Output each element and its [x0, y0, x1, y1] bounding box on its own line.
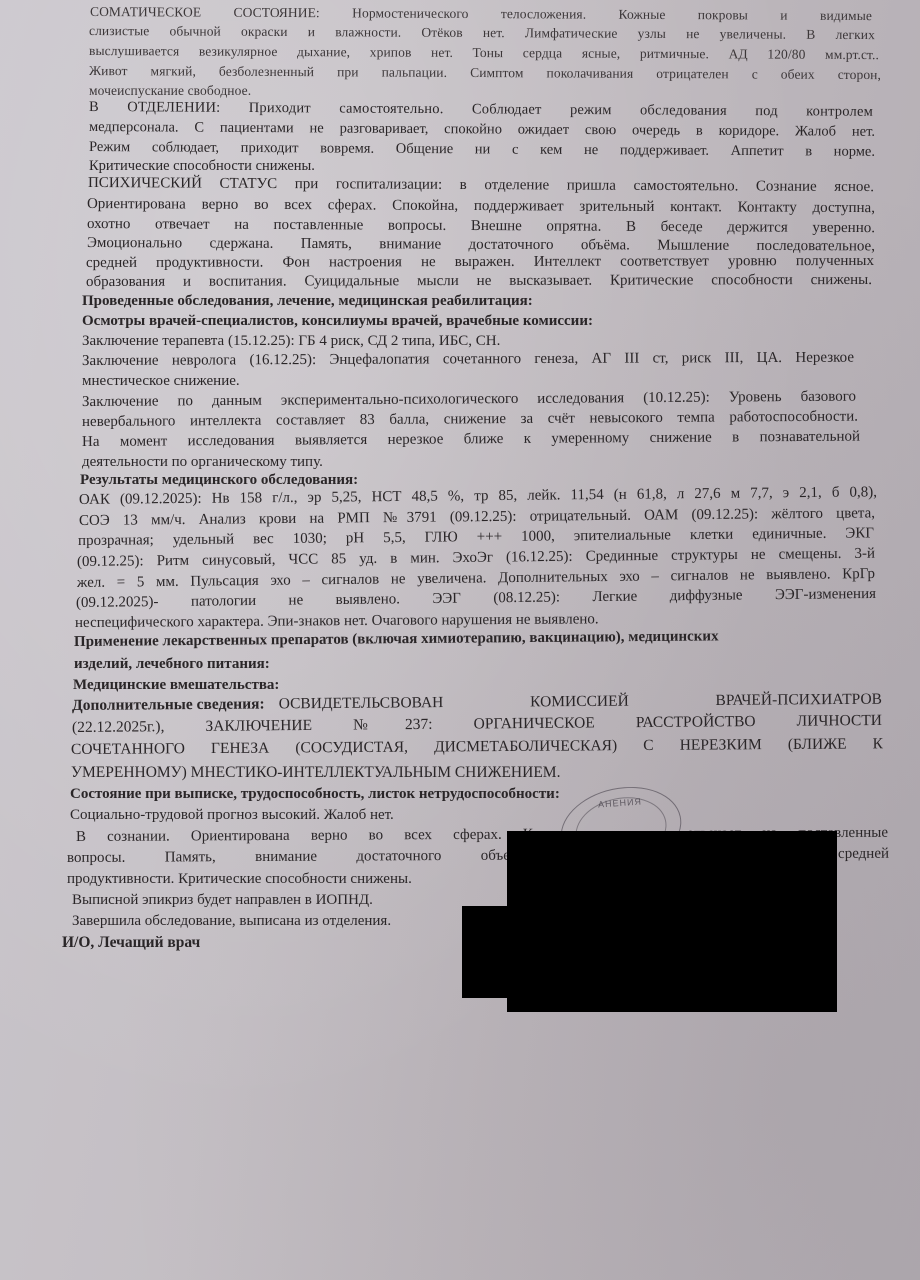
mental-status-line: средней продуктивности. Фон настроения н…	[86, 252, 874, 272]
somatic-line: выслушивается везикулярное дыхание, хрип…	[89, 42, 879, 64]
somatic-line: слизистые обычной окраски и влажности. О…	[89, 22, 875, 44]
somatic-line: Живот мягкий, безболезненный при пальпац…	[89, 62, 881, 84]
results-heading: Результаты медицинского обследования:	[80, 471, 358, 489]
additional-info-line: СОЧЕТАННОГО ГЕНЕЗА (СОСУДИСТАЯ, ДИСМЕТАБ…	[71, 735, 883, 759]
additional-info-line: УМЕРЕННОМУ) МНЕСТИКО-ИНТЕЛЛЕКТУАЛЬНЫМ СН…	[71, 764, 560, 782]
redaction-box	[507, 831, 837, 1012]
examination-line: деятельности по органическому типу.	[82, 453, 323, 471]
additional-info-text: ОСВИДЕТЕЛЬСВОВАН КОМИССИЕЙ ВРАЧЕЙ-ПСИХИА…	[279, 691, 882, 714]
discharge-heading: Состояние при выписке, трудоспособность,…	[70, 785, 560, 803]
additional-info-line: (22.12.2025г.), ЗАКЛЮЧЕНИЕ №237: ОРГАНИЧ…	[72, 712, 882, 737]
discharge-line: Завершила обследование, выписана из отде…	[72, 912, 391, 930]
mental-status-line: ПСИХИЧЕСКИЙ СТАТУС при госпитализации: в…	[88, 174, 874, 196]
examination-line: На момент исследования выявляется нерезк…	[82, 428, 860, 451]
mental-status-line: образования и воспитания. Суицидальные м…	[86, 271, 872, 291]
examination-line: Заключение невролога (16.12.25): Энцефал…	[82, 349, 854, 370]
mental-status-line: Ориентирована верно во всех сферах. Спок…	[87, 195, 875, 217]
discharge-line: Выписной эпикриз будет направлен в ИОПНД…	[72, 891, 373, 909]
consultations-subheading: Осмотры врачей-специалистов, консилиумы …	[82, 312, 593, 330]
additional-info-label: Дополнительные сведения:	[72, 695, 265, 715]
examination-line: Заключение терапевта (15.12.25): ГБ 4 ри…	[82, 332, 500, 350]
examination-line: мнестическое снижение.	[82, 372, 240, 390]
discharge-line: продуктивности. Критические способности …	[67, 870, 412, 888]
discharge-line: Социально-трудовой прогноз высокий. Жало…	[70, 806, 394, 824]
redaction-box	[462, 906, 508, 998]
discharge-summary-page: СОМАТИЧЕСКОЕ СОСТОЯНИЕ: Нормостеническог…	[0, 0, 920, 1280]
additional-info-first-line: Дополнительные сведения: ОСВИДЕТЕЛЬСВОВА…	[72, 691, 882, 715]
examinations-heading: Проведенные обследования, лечение, медиц…	[82, 292, 533, 310]
medications-heading: изделий, лечебного питания:	[74, 655, 270, 673]
in-department-line: Критические способности снижены.	[89, 157, 315, 175]
in-department-line: В ОТДЕЛЕНИИ: Приходит самостоятельно. Со…	[89, 98, 873, 121]
signature-label: И/О, Лечащий врач	[62, 934, 200, 952]
in-department-line: медперсонала. С пациентами не разговарив…	[89, 118, 875, 141]
interventions-heading: Медицинские вмешательства:	[73, 676, 279, 694]
